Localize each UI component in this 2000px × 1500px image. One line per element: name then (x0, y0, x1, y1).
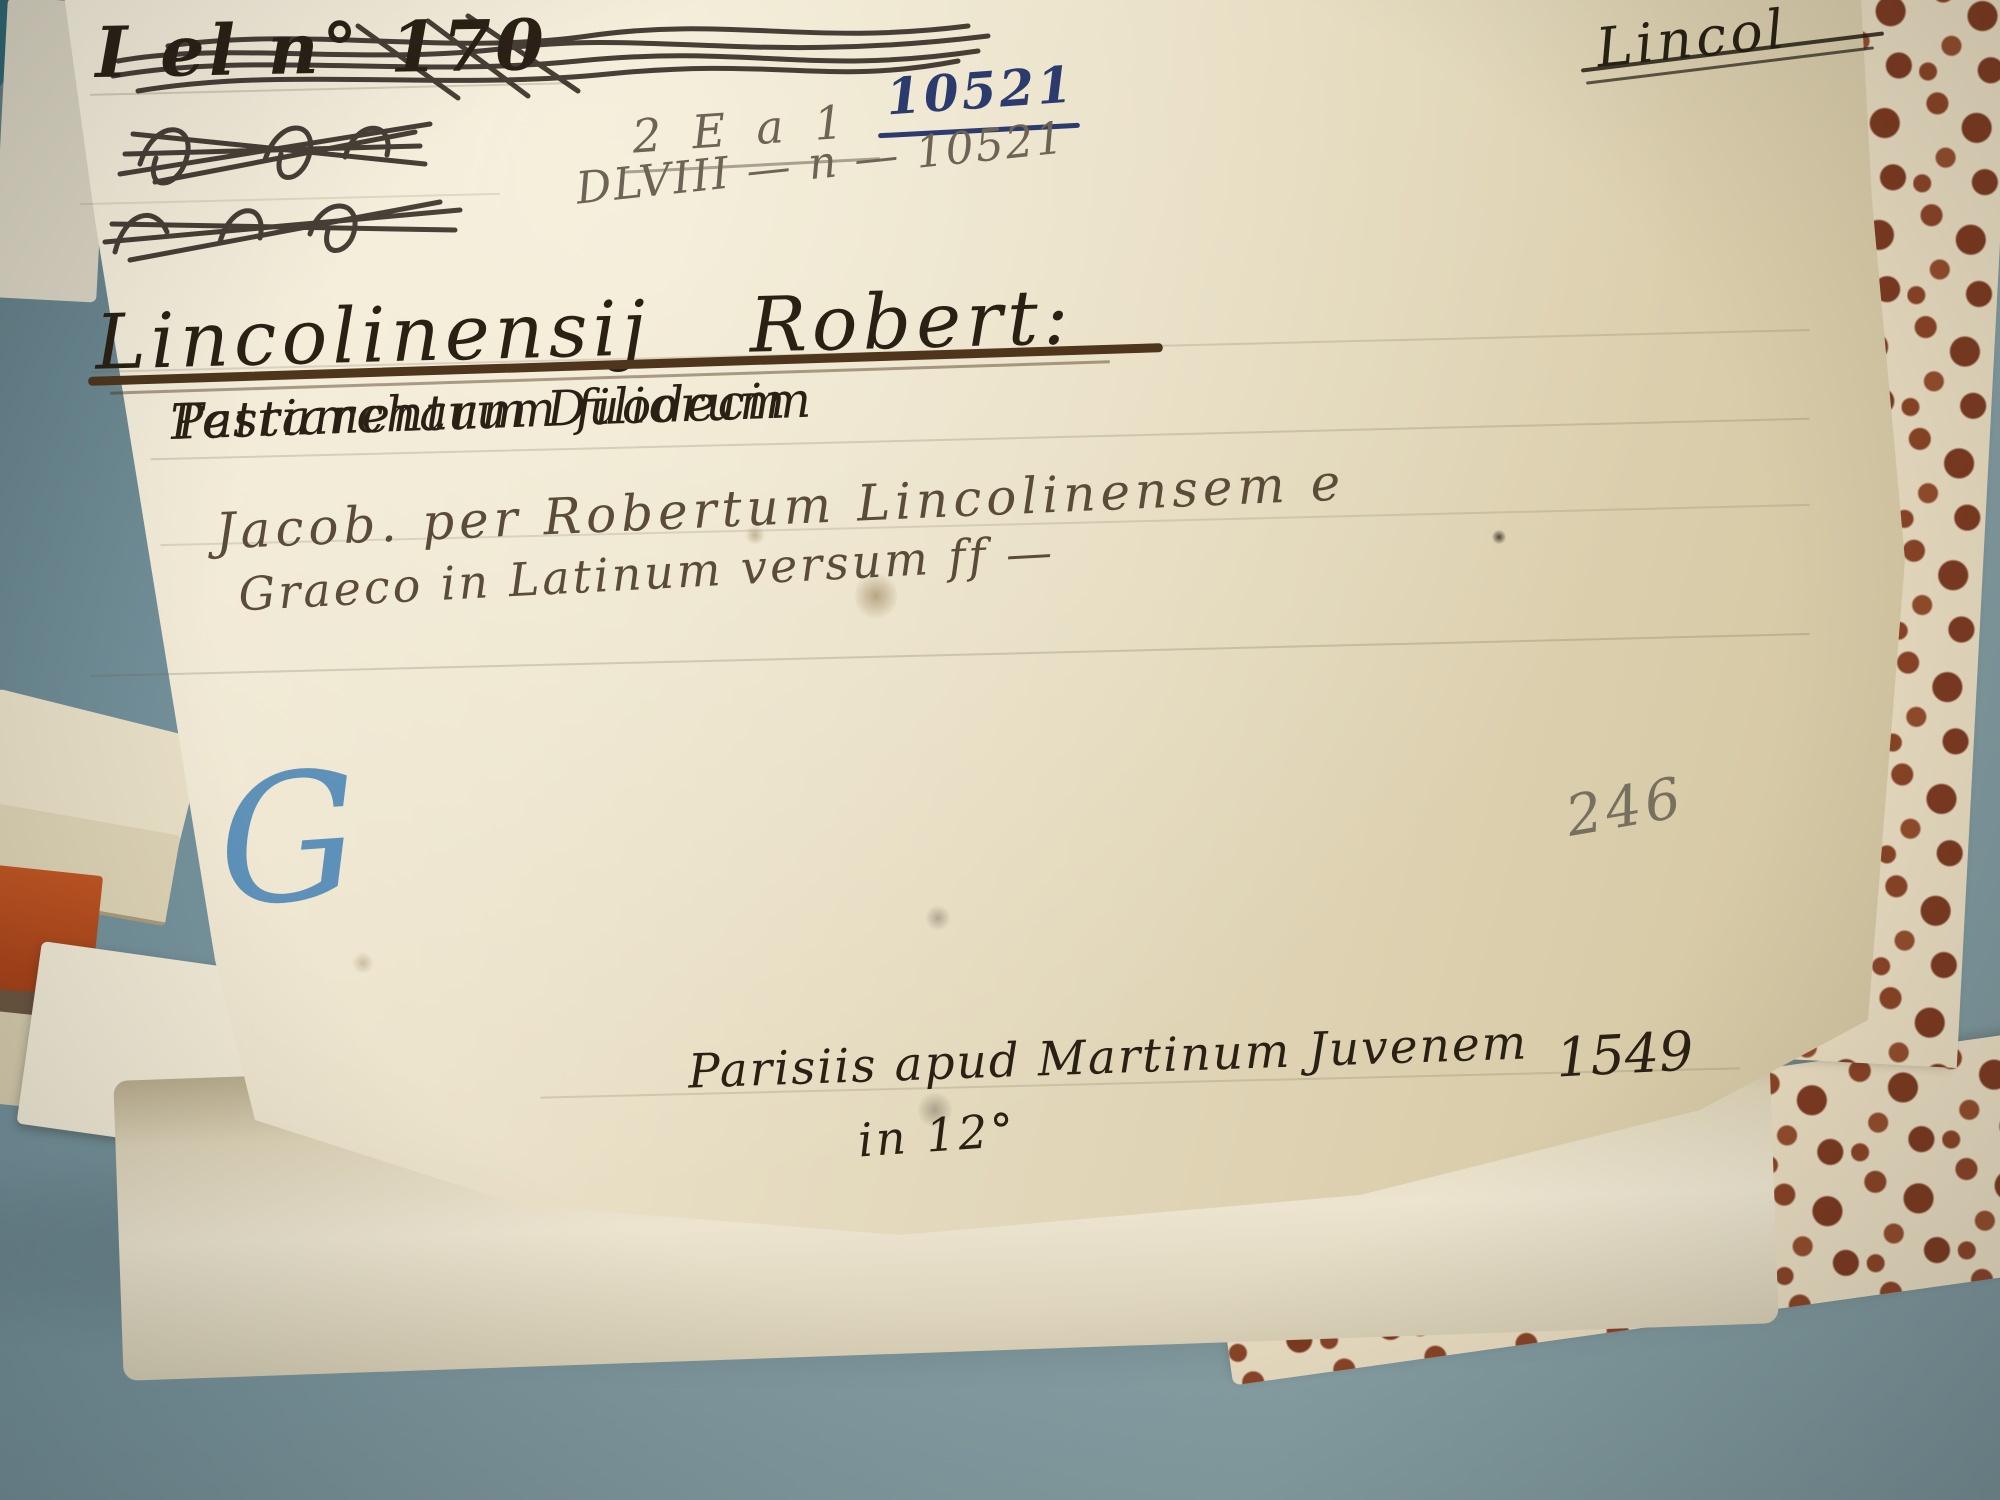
photo-of-catalogue-card: I el n° 170 2 E a 1 10521 DLVIII — n — 1… (0, 0, 2000, 1500)
format-note: in 12° (857, 1107, 1018, 1164)
blue-crayon-monogram: G (212, 747, 365, 932)
crossed-out-scribble (100, 182, 480, 270)
stain-spot (352, 952, 374, 974)
crossed-out-scribble (108, 6, 1008, 106)
ink-dot (1492, 530, 1506, 544)
stain-spot (925, 905, 951, 931)
crossed-out-scribble (115, 102, 445, 194)
imprint-year: 1549 (1555, 1024, 1695, 1085)
